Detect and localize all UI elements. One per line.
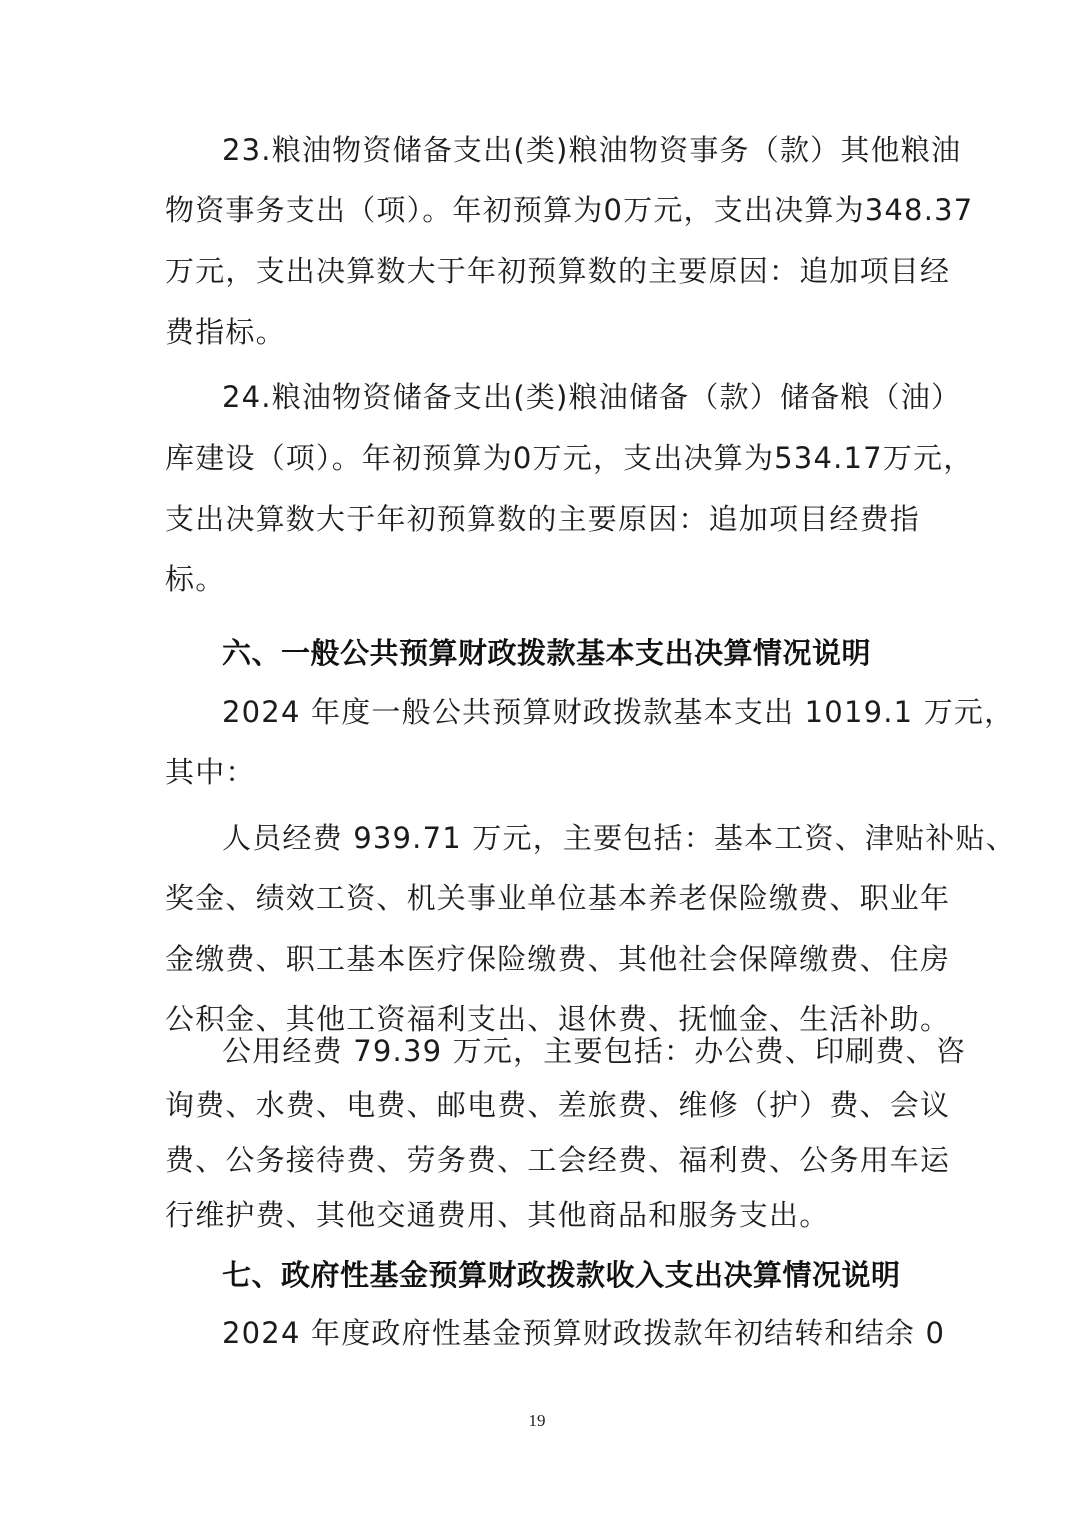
text-line: 库建设（项）。年初预算为0万元，支出决算为534.17万元， — [165, 438, 910, 478]
text-line: 费、公务接待费、劳务费、工会经费、福利费、公务用车运 — [165, 1140, 910, 1180]
text-line: 公用经费 79.39 万元，主要包括：办公费、印刷费、咨 — [222, 1031, 910, 1071]
page-number: 19 — [0, 1411, 1074, 1431]
text-line: 支出决算数大于年初预算数的主要原因：追加项目经费指 — [165, 499, 910, 539]
text-line: 其中： — [165, 752, 910, 792]
document-page: 23.粮油物资储备支出(类)粮油物资事务（款）其他粮油 物资事务支出（项）。年初… — [0, 0, 1074, 1520]
text-line: 金缴费、职工基本医疗保险缴费、其他社会保障缴费、住房 — [165, 939, 910, 979]
text-line: 物资事务支出（项）。年初预算为0万元，支出决算为348.37 — [165, 190, 910, 230]
text-line: 费指标。 — [165, 312, 910, 352]
text-line: 奖金、绩效工资、机关事业单位基本养老保险缴费、职业年 — [165, 878, 910, 918]
text-line: 询费、水费、电费、邮电费、差旅费、维修（护）费、会议 — [165, 1085, 910, 1125]
text-line: 24.粮油物资储备支出(类)粮油储备（款）储备粮（油） — [222, 377, 910, 417]
text-line: 2024 年度政府性基金预算财政拨款年初结转和结余 0 — [222, 1313, 910, 1353]
section-heading-7: 七、政府性基金预算财政拨款收入支出决算情况说明 — [222, 1255, 910, 1295]
text-line: 23.粮油物资储备支出(类)粮油物资事务（款）其他粮油 — [222, 130, 910, 170]
text-line: 行维护费、其他交通费用、其他商品和服务支出。 — [165, 1195, 910, 1235]
text-line: 标。 — [165, 559, 910, 599]
section-heading-6: 六、一般公共预算财政拨款基本支出决算情况说明 — [222, 633, 910, 673]
text-line: 2024 年度一般公共预算财政拨款基本支出 1019.1 万元， — [222, 692, 910, 732]
text-line: 万元，支出决算数大于年初预算数的主要原因：追加项目经 — [165, 251, 910, 291]
text-line: 人员经费 939.71 万元，主要包括：基本工资、津贴补贴、 — [222, 818, 910, 858]
